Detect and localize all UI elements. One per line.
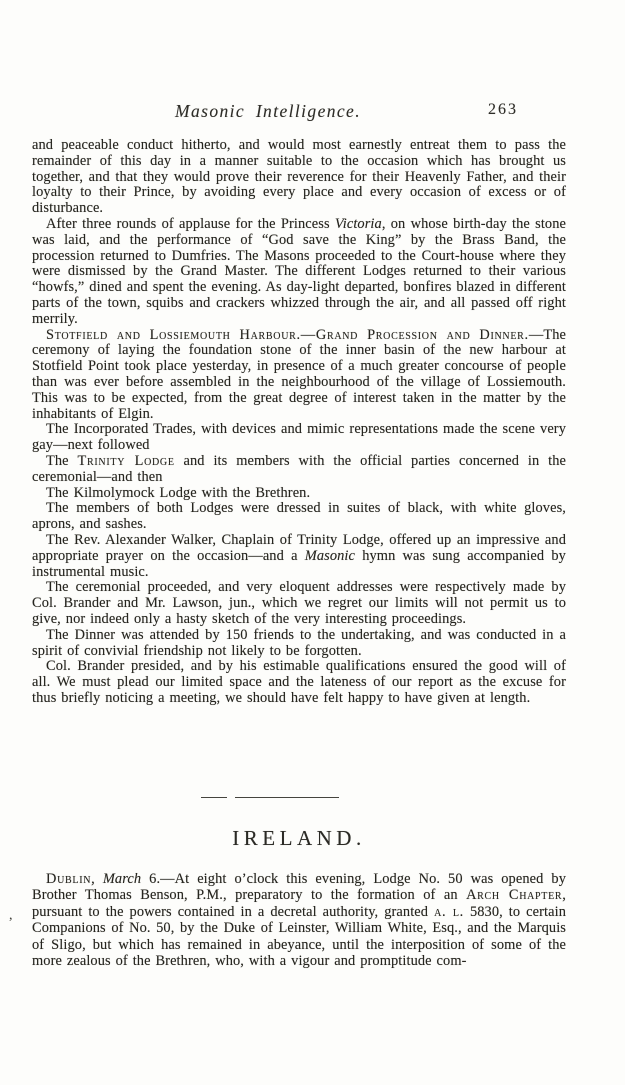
paragraph: After three rounds of applause for the P…: [32, 217, 566, 328]
masonic-intelligence-section: and peaceable conduct hitherto, and woul…: [32, 138, 566, 707]
text-segment: Dublin: [46, 871, 91, 887]
text-segment: The members of both Lodges were dressed …: [32, 500, 566, 532]
stray-comma-artifact: ,: [9, 908, 13, 924]
text-segment: The Incorporated Trades, with devices an…: [32, 421, 566, 453]
paragraph: The Rev. Alexander Walker, Chaplain of T…: [32, 533, 566, 580]
paragraph: The Trinity Lodge and its members with t…: [32, 454, 566, 486]
text-segment: Victoria: [335, 216, 382, 232]
paragraph: The Incorporated Trades, with devices an…: [32, 422, 566, 454]
text-segment: The ceremonial proceeded, and very eloqu…: [32, 579, 566, 627]
paragraph: and peaceable conduct hitherto, and woul…: [32, 138, 566, 217]
text-segment: Col. Brander presided, and by his estima…: [32, 658, 566, 706]
text-segment: After three rounds of applause for the P…: [46, 216, 335, 232]
ireland-section-heading: IRELAND.: [32, 826, 566, 851]
text-segment: Trinity Lodge: [78, 453, 175, 469]
text-segment: Arch Chapter: [466, 887, 562, 903]
text-segment: ,: [91, 871, 103, 887]
text-segment: a. l.: [434, 904, 464, 920]
page-number: 263: [488, 101, 518, 119]
paragraph: The Dinner was attended by 150 friends t…: [32, 628, 566, 660]
page-header: Masonic Intelligence. 263: [32, 101, 566, 125]
text-segment: , on whose birth-day the stone was laid,…: [32, 216, 566, 327]
text-segment: and peaceable conduct hitherto, and woul…: [32, 137, 566, 216]
text-segment: The: [46, 453, 78, 469]
paragraph: Col. Brander presided, and by his estima…: [32, 659, 566, 706]
ireland-section: Dublin, March 6.—At eight o’clock this e…: [32, 871, 566, 969]
text-segment: Stotfield and Lossiemouth Harbour.—Grand…: [46, 327, 529, 343]
text-segment: The Dinner was attended by 150 friends t…: [32, 627, 566, 659]
paragraph: The Kilmolymock Lodge with the Brethren.: [32, 486, 566, 502]
paragraph: Stotfield and Lossiemouth Harbour.—Grand…: [32, 328, 566, 423]
paragraph: The members of both Lodges were dressed …: [32, 501, 566, 533]
text-segment: March: [103, 871, 141, 887]
scanned-book-page: Masonic Intelligence. 263 and peaceable …: [0, 0, 625, 1085]
paragraph: The ceremonial proceeded, and very eloqu…: [32, 580, 566, 627]
text-segment: Masonic: [305, 548, 355, 564]
text-segment: The Kilmolymock Lodge with the Brethren.: [46, 485, 310, 501]
section-divider-rule: [201, 797, 339, 798]
paragraph: Dublin, March 6.—At eight o’clock this e…: [32, 871, 566, 969]
running-title: Masonic Intelligence.: [32, 101, 504, 122]
